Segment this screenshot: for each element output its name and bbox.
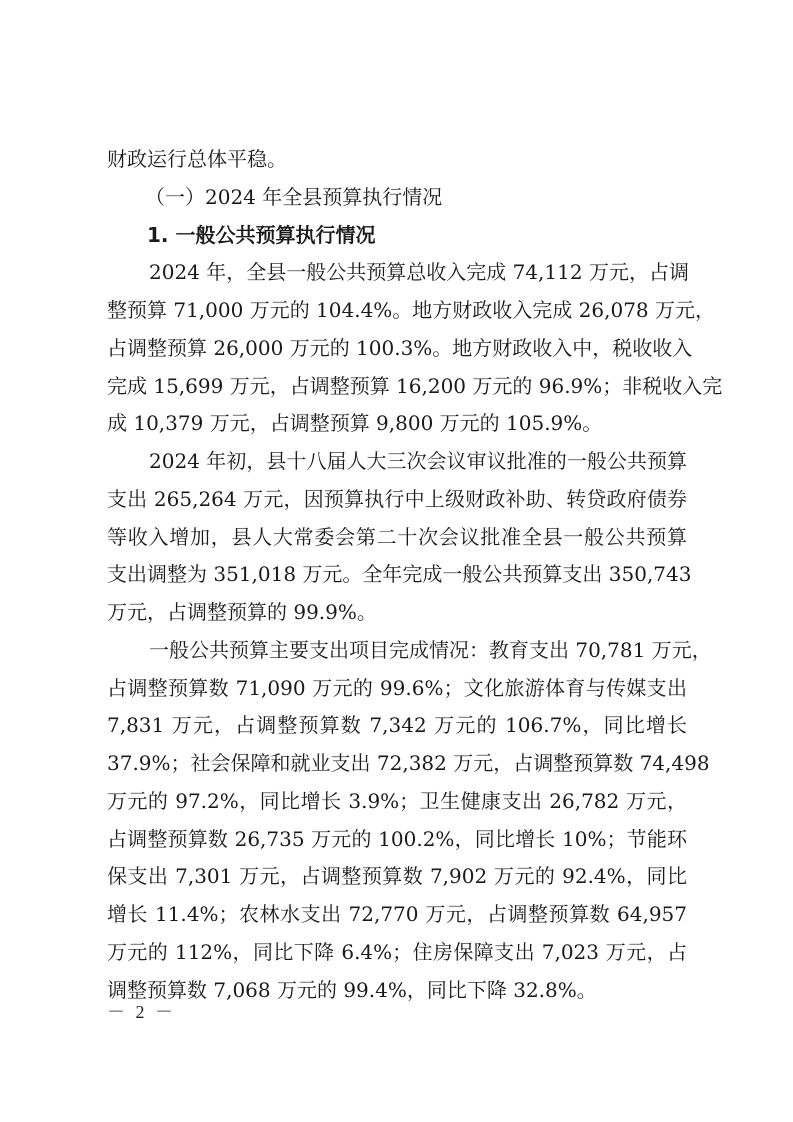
major-items-paragraph-line: 调整预算数 7,068 万元的 99.4%，同比下降 32.8%。: [107, 972, 687, 1010]
document-body: 财政运行总体平稳。 （一）2024 年全县预算执行情况 1. 一般公共预算执行情…: [107, 141, 687, 1009]
revenue-paragraph-line: 2024 年，全县一般公共预算总收入完成 74,112 万元，占调: [107, 254, 687, 292]
revenue-paragraph-line: 成 10,379 万元，占调整预算 9,800 万元的 105.9%。: [107, 405, 687, 443]
major-items-paragraph-line: 万元的 97.2%，同比增长 3.9%；卫生健康支出 26,782 万元，: [107, 783, 687, 821]
major-items-paragraph-line: 万元的 112%，同比下降 6.4%；住房保障支出 7,023 万元，占: [107, 934, 687, 972]
revenue-paragraph-line: 占调整预算 26,000 万元的 100.3%。地方财政收入中，税收收入: [107, 330, 687, 368]
subsection-heading: 1. 一般公共预算执行情况: [107, 217, 687, 255]
major-items-paragraph-line: 37.9%；社会保障和就业支出 72,382 万元，占调整预算数 74,498: [107, 745, 687, 783]
major-items-paragraph-line: 占调整预算数 26,735 万元的 100.2%，同比增长 10%；节能环: [107, 821, 687, 859]
expenditure-paragraph-line: 等收入增加，县人大常委会第二十次会议批准全县一般公共预算: [107, 519, 687, 557]
section-heading: （一）2024 年全县预算执行情况: [107, 179, 687, 217]
expenditure-paragraph-line: 支出 265,264 万元，因预算执行中上级财政补助、转贷政府债券: [107, 481, 687, 519]
expenditure-paragraph-line: 支出调整为 351,018 万元。全年完成一般公共预算支出 350,743: [107, 556, 687, 594]
major-items-paragraph-line: 占调整预算数 71,090 万元的 99.6%；文化旅游体育与传媒支出: [107, 670, 687, 708]
major-items-paragraph-line: 一般公共预算主要支出项目完成情况：教育支出 70,781 万元，: [107, 632, 687, 670]
revenue-paragraph-line: 完成 15,699 万元，占调整预算 16,200 万元的 96.9%；非税收入…: [107, 368, 687, 406]
major-items-paragraph-line: 保支出 7,301 万元，占调整预算数 7,902 万元的 92.4%，同比: [107, 858, 687, 896]
expenditure-paragraph-line: 2024 年初，县十八届人大三次会议审议批准的一般公共预算: [107, 443, 687, 481]
major-items-paragraph-line: 7,831 万元，占调整预算数 7,342 万元的 106.7%，同比增长: [107, 707, 687, 745]
expenditure-paragraph-line: 万元，占调整预算的 99.9%。: [107, 594, 687, 632]
paragraph-closing-line: 财政运行总体平稳。: [107, 141, 687, 179]
page-number: － 2 －: [107, 998, 176, 1024]
revenue-paragraph-line: 整预算 71,000 万元的 104.4%。地方财政收入完成 26,078 万元…: [107, 292, 687, 330]
major-items-paragraph-line: 增长 11.4%；农林水支出 72,770 万元，占调整预算数 64,957: [107, 896, 687, 934]
